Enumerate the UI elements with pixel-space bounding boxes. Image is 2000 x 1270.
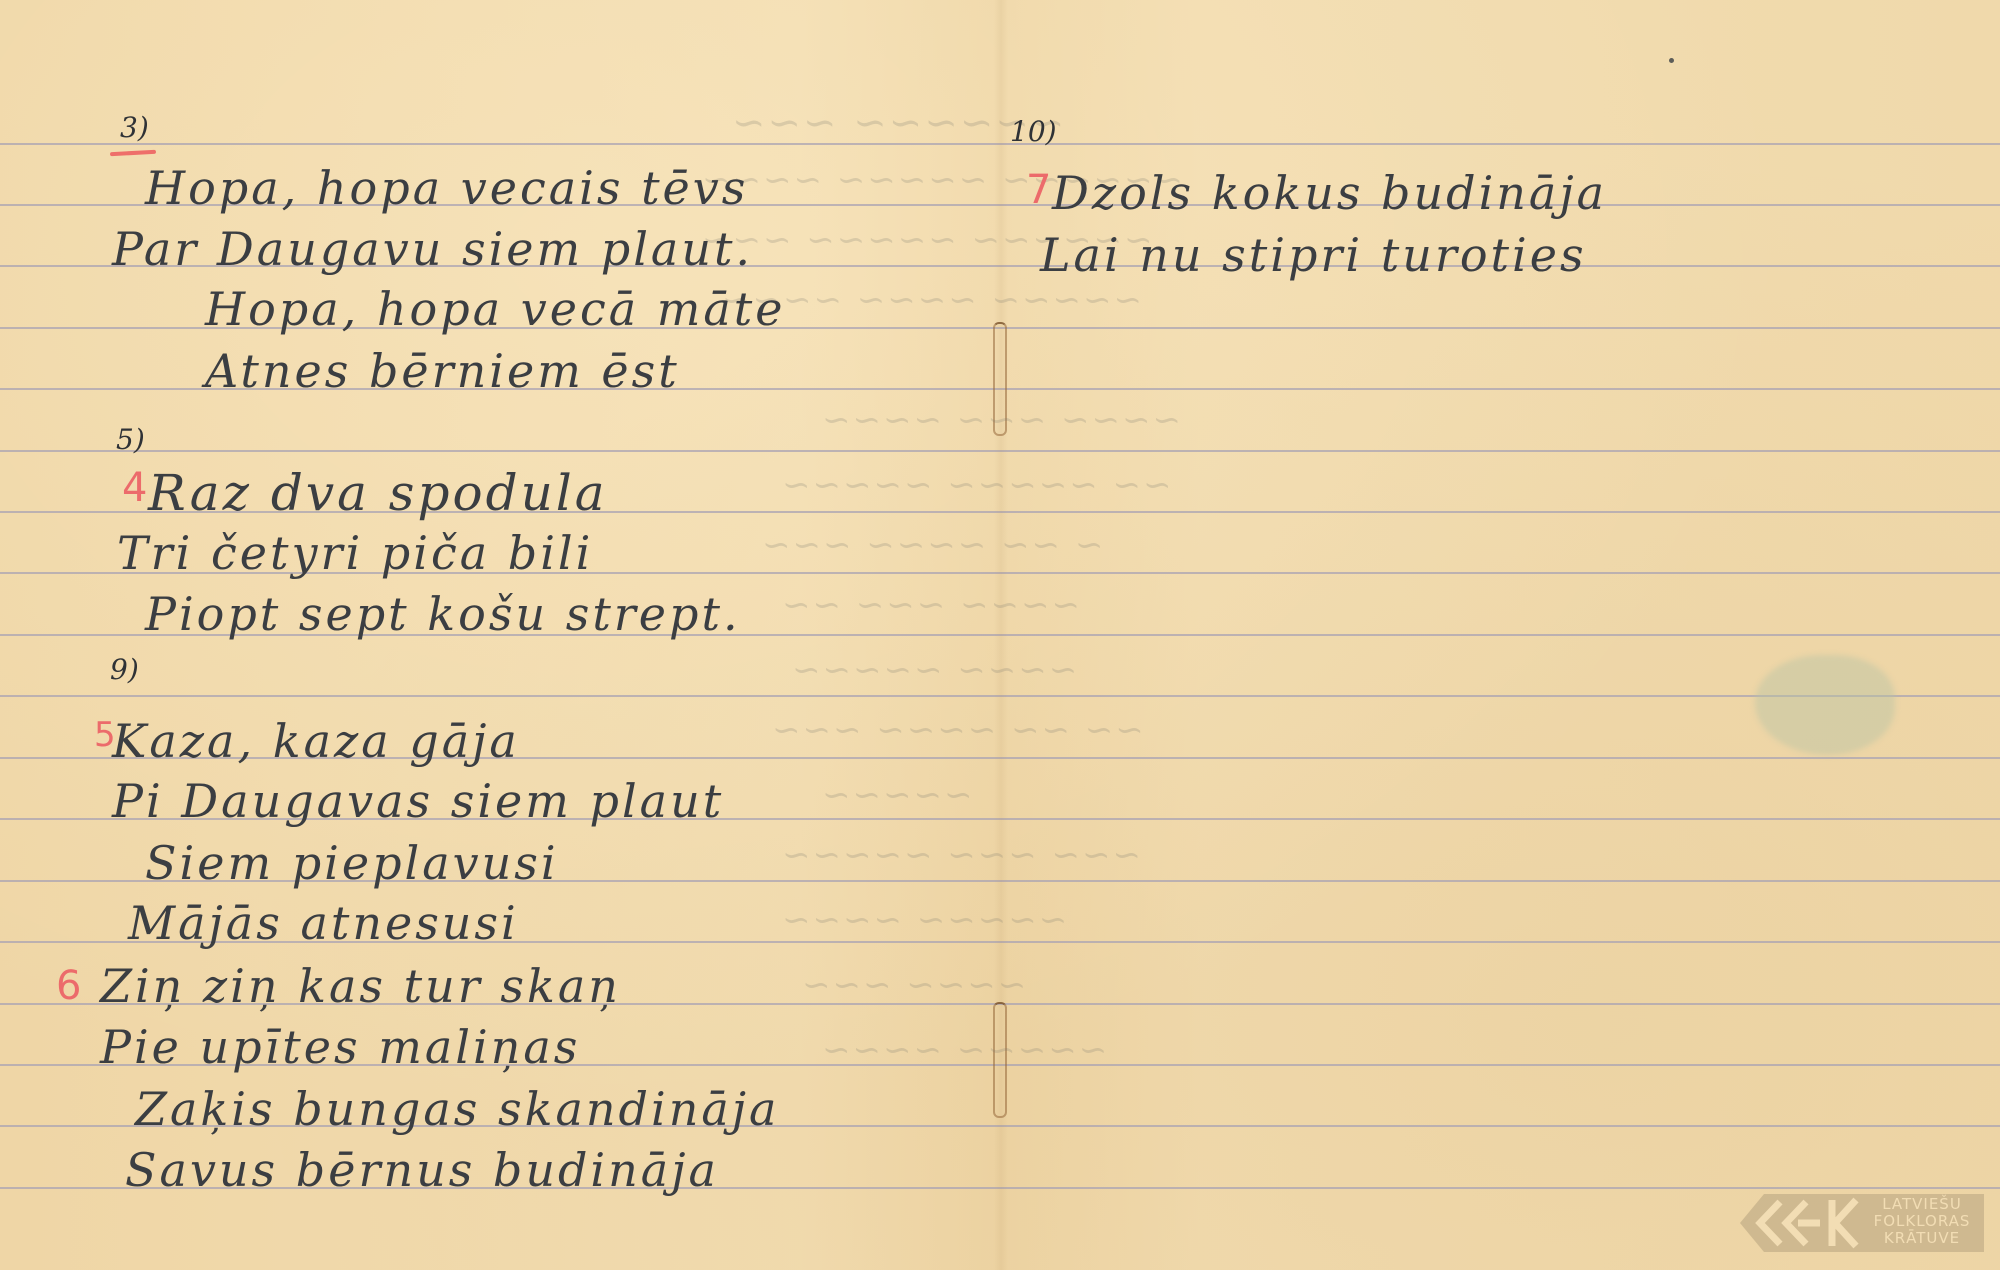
entry-marker: 10) [1010, 118, 1057, 146]
verse-line: Ziņ ziņ kas tur skaņ [100, 963, 621, 1009]
entry-marker: 5) [116, 426, 145, 454]
red-number: 7 [1026, 170, 1051, 210]
verse-line: Kaza, kaza gāja [112, 718, 520, 764]
verse-line: Lai nu stipri turoties [1040, 232, 1587, 278]
ink-speck [1669, 58, 1674, 63]
water-stain [1755, 655, 1895, 755]
verse-line: Dzols kokus budināja [1052, 170, 1607, 216]
verse-line: Tri četyri piča bili [117, 530, 593, 576]
verse-line: Piopt sept košu strept. [145, 591, 741, 637]
verse-line: Mājās atnesusi [128, 900, 519, 946]
verse-line: Pi Daugavas siem plaut [112, 778, 724, 824]
logo-text: LATVIEŠU FOLKLORAS KRĀTUVE [1862, 1196, 1982, 1247]
entry-marker: 9) [110, 656, 139, 684]
verse-line: Raz dva spodula [148, 468, 608, 518]
logo-line: KRĀTUVE [1862, 1230, 1982, 1247]
verse-line: Savus bērnus budināja [125, 1147, 719, 1193]
verse-line: Hopa, hopa vecā māte [205, 286, 786, 332]
archive-logo: LATVIEŠU FOLKLORAS KRĀTUVE [1740, 1188, 1988, 1258]
verse-line: Hopa, hopa vecais tēvs [145, 165, 748, 211]
red-number: 4 [122, 468, 147, 508]
verse-line: Par Daugavu siem plaut. [112, 226, 753, 272]
verse-line: Atnes bērniem ēst [205, 348, 680, 394]
entry-marker: 3) [120, 114, 149, 142]
red-number: 6 [56, 966, 81, 1006]
logo-line: FOLKLORAS [1862, 1213, 1982, 1230]
verse-line: Pie upītes maliņas [100, 1024, 580, 1070]
verse-line: Siem pieplavusi [145, 840, 559, 886]
verse-line: Zaķis bungas skandināja [135, 1086, 779, 1132]
logo-line: LATVIEŠU [1862, 1196, 1982, 1213]
